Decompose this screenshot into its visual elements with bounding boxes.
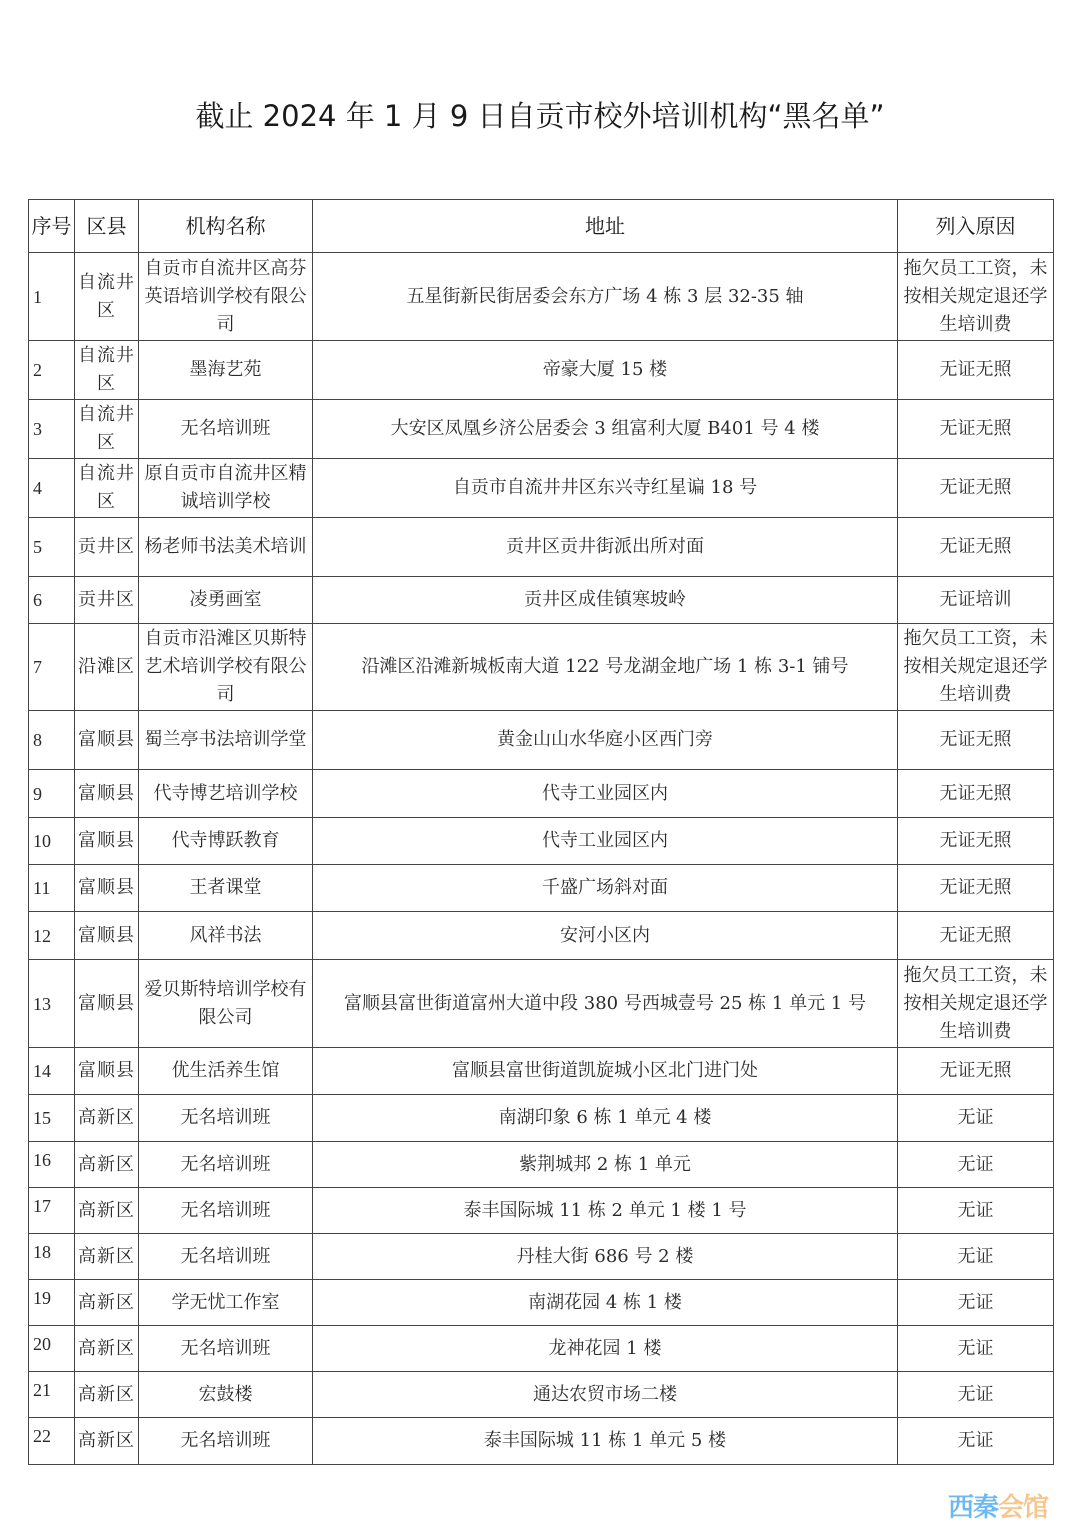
table-row: 12 富顺县 风祥书法 安河小区内 无证无照	[29, 912, 1054, 960]
table-row: 2 自流井区 墨海艺苑 帝豪大厦 15 楼 无证无照	[29, 341, 1054, 400]
cell-reason: 无证无照	[898, 818, 1054, 865]
cell-index: 2	[29, 341, 75, 400]
cell-name: 爱贝斯特培训学校有限公司	[139, 960, 313, 1048]
cell-index: 11	[29, 865, 75, 912]
header-index: 序号	[29, 200, 75, 253]
cell-name: 王者课堂	[139, 865, 313, 912]
cell-name: 无名培训班	[139, 1418, 313, 1465]
cell-district: 高新区	[75, 1372, 139, 1418]
cell-district: 贡井区	[75, 577, 139, 624]
table-row: 20 高新区 无名培训班 龙神花园 1 楼 无证	[29, 1326, 1054, 1372]
cell-district: 贡井区	[75, 518, 139, 577]
cell-district: 富顺县	[75, 912, 139, 960]
cell-reason: 无证无照	[898, 459, 1054, 518]
cell-name: 代寺博跃教育	[139, 818, 313, 865]
cell-name: 蜀兰亭书法培训学堂	[139, 711, 313, 770]
cell-address: 泰丰国际城 11 栋 2 单元 1 楼 1 号	[313, 1188, 898, 1234]
cell-index: 16	[29, 1142, 75, 1188]
cell-reason: 拖欠员工工资，未按相关规定退还学生培训费	[898, 253, 1054, 341]
cell-reason: 无证	[898, 1188, 1054, 1234]
cell-reason: 无证无照	[898, 912, 1054, 960]
cell-reason: 无证	[898, 1326, 1054, 1372]
cell-address: 南湖花园 4 栋 1 楼	[313, 1280, 898, 1326]
cell-district: 自流井区	[75, 341, 139, 400]
cell-index: 5	[29, 518, 75, 577]
table-row: 7 沿滩区 自贡市沿滩区贝斯特艺术培训学校有限公司 沿滩区沿滩新城板南大道 12…	[29, 624, 1054, 711]
table-row: 6 贡井区 凌勇画室 贡井区成佳镇寒坡岭 无证培训	[29, 577, 1054, 624]
header-district: 区县	[75, 200, 139, 253]
cell-address: 黄金山山水华庭小区西门旁	[313, 711, 898, 770]
document-title: 截止 2024 年 1 月 9 日自贡市校外培训机构“黑名单”	[0, 92, 1080, 140]
cell-index: 18	[29, 1234, 75, 1280]
cell-index: 4	[29, 459, 75, 518]
cell-district: 富顺县	[75, 960, 139, 1048]
cell-index: 14	[29, 1048, 75, 1095]
cell-address: 丹桂大街 686 号 2 楼	[313, 1234, 898, 1280]
cell-address: 帝豪大厦 15 楼	[313, 341, 898, 400]
cell-district: 高新区	[75, 1095, 139, 1142]
table-row: 1 自流井区 自贡市自流井区高芬英语培训学校有限公司 五星街新民街居委会东方广场…	[29, 253, 1054, 341]
table-row: 19 高新区 学无忧工作室 南湖花园 4 栋 1 楼 无证	[29, 1280, 1054, 1326]
cell-name: 原自贡市自流井区精诚培训学校	[139, 459, 313, 518]
cell-district: 高新区	[75, 1326, 139, 1372]
cell-index: 19	[29, 1280, 75, 1326]
cell-address: 贡井区贡井街派出所对面	[313, 518, 898, 577]
cell-index: 15	[29, 1095, 75, 1142]
cell-address: 安河小区内	[313, 912, 898, 960]
cell-name: 无名培训班	[139, 400, 313, 459]
cell-address: 富顺县富世街道富州大道中段 380 号西城壹号 25 栋 1 单元 1 号	[313, 960, 898, 1048]
cell-name: 无名培训班	[139, 1234, 313, 1280]
cell-district: 高新区	[75, 1188, 139, 1234]
watermark-part-1: 西秦	[948, 1493, 998, 1523]
cell-district: 高新区	[75, 1418, 139, 1465]
header-reason: 列入原因	[898, 200, 1054, 253]
cell-district: 自流井区	[75, 400, 139, 459]
cell-district: 富顺县	[75, 1048, 139, 1095]
table-row: 3 自流井区 无名培训班 大安区凤凰乡济公居委会 3 组富利大厦 B401 号 …	[29, 400, 1054, 459]
table-row: 10 富顺县 代寺博跃教育 代寺工业园区内 无证无照	[29, 818, 1054, 865]
cell-name: 杨老师书法美术培训	[139, 518, 313, 577]
cell-district: 富顺县	[75, 865, 139, 912]
cell-address: 龙神花园 1 楼	[313, 1326, 898, 1372]
cell-reason: 无证	[898, 1095, 1054, 1142]
cell-district: 高新区	[75, 1234, 139, 1280]
cell-address: 泰丰国际城 11 栋 1 单元 5 楼	[313, 1418, 898, 1465]
table-row: 15 高新区 无名培训班 南湖印象 6 栋 1 单元 4 楼 无证	[29, 1095, 1054, 1142]
cell-district: 富顺县	[75, 711, 139, 770]
cell-name: 无名培训班	[139, 1326, 313, 1372]
table-header-row: 序号 区县 机构名称 地址 列入原因	[29, 200, 1054, 253]
cell-district: 富顺县	[75, 770, 139, 818]
cell-address: 五星街新民街居委会东方广场 4 栋 3 层 32-35 轴	[313, 253, 898, 341]
cell-reason: 无证	[898, 1372, 1054, 1418]
cell-reason: 拖欠员工工资，未按相关规定退还学生培训费	[898, 960, 1054, 1048]
table-row: 5 贡井区 杨老师书法美术培训 贡井区贡井街派出所对面 无证无照	[29, 518, 1054, 577]
cell-name: 墨海艺苑	[139, 341, 313, 400]
cell-name: 风祥书法	[139, 912, 313, 960]
cell-address: 代寺工业园区内	[313, 818, 898, 865]
cell-name: 自贡市沿滩区贝斯特艺术培训学校有限公司	[139, 624, 313, 711]
cell-address: 沿滩区沿滩新城板南大道 122 号龙湖金地广场 1 栋 3-1 铺号	[313, 624, 898, 711]
cell-reason: 无证无照	[898, 865, 1054, 912]
cell-address: 千盛广场斜对面	[313, 865, 898, 912]
cell-reason: 无证无照	[898, 770, 1054, 818]
cell-index: 1	[29, 253, 75, 341]
cell-address: 通达农贸市场二楼	[313, 1372, 898, 1418]
cell-district: 自流井区	[75, 459, 139, 518]
header-name: 机构名称	[139, 200, 313, 253]
cell-reason: 无证无照	[898, 711, 1054, 770]
cell-index: 21	[29, 1372, 75, 1418]
cell-name: 自贡市自流井区高芬英语培训学校有限公司	[139, 253, 313, 341]
table-row: 21 高新区 宏鼓楼 通达农贸市场二楼 无证	[29, 1372, 1054, 1418]
cell-name: 宏鼓楼	[139, 1372, 313, 1418]
cell-name: 代寺博艺培训学校	[139, 770, 313, 818]
table-row: 18 高新区 无名培训班 丹桂大街 686 号 2 楼 无证	[29, 1234, 1054, 1280]
cell-district: 富顺县	[75, 818, 139, 865]
watermark-logo: 西秦会馆	[948, 1487, 1048, 1524]
cell-name: 无名培训班	[139, 1142, 313, 1188]
cell-index: 20	[29, 1326, 75, 1372]
cell-name: 学无忧工作室	[139, 1280, 313, 1326]
cell-address: 贡井区成佳镇寒坡岭	[313, 577, 898, 624]
cell-index: 10	[29, 818, 75, 865]
cell-reason: 拖欠员工工资，未按相关规定退还学生培训费	[898, 624, 1054, 711]
table-row: 22 高新区 无名培训班 泰丰国际城 11 栋 1 单元 5 楼 无证	[29, 1418, 1054, 1465]
cell-district: 沿滩区	[75, 624, 139, 711]
cell-index: 17	[29, 1188, 75, 1234]
cell-index: 3	[29, 400, 75, 459]
cell-district: 高新区	[75, 1142, 139, 1188]
header-address: 地址	[313, 200, 898, 253]
cell-index: 13	[29, 960, 75, 1048]
cell-reason: 无证无照	[898, 341, 1054, 400]
cell-address: 代寺工业园区内	[313, 770, 898, 818]
cell-reason: 无证无照	[898, 518, 1054, 577]
table-row: 16 高新区 无名培训班 紫荆城邦 2 栋 1 单元 无证	[29, 1142, 1054, 1188]
cell-reason: 无证无照	[898, 400, 1054, 459]
table-row: 11 富顺县 王者课堂 千盛广场斜对面 无证无照	[29, 865, 1054, 912]
cell-address: 自贡市自流井井区东兴寺红星谝 18 号	[313, 459, 898, 518]
table-row: 13 富顺县 爱贝斯特培训学校有限公司 富顺县富世街道富州大道中段 380 号西…	[29, 960, 1054, 1048]
cell-reason: 无证	[898, 1280, 1054, 1326]
cell-address: 紫荆城邦 2 栋 1 单元	[313, 1142, 898, 1188]
table-row: 8 富顺县 蜀兰亭书法培训学堂 黄金山山水华庭小区西门旁 无证无照	[29, 711, 1054, 770]
cell-name: 优生活养生馆	[139, 1048, 313, 1095]
cell-reason: 无证培训	[898, 577, 1054, 624]
cell-address: 大安区凤凰乡济公居委会 3 组富利大厦 B401 号 4 楼	[313, 400, 898, 459]
cell-index: 9	[29, 770, 75, 818]
cell-reason: 无证	[898, 1418, 1054, 1465]
cell-name: 无名培训班	[139, 1095, 313, 1142]
cell-index: 22	[29, 1418, 75, 1465]
cell-address: 富顺县富世街道凯旋城小区北门进门处	[313, 1048, 898, 1095]
cell-reason: 无证	[898, 1142, 1054, 1188]
cell-index: 12	[29, 912, 75, 960]
table-row: 17 高新区 无名培训班 泰丰国际城 11 栋 2 单元 1 楼 1 号 无证	[29, 1188, 1054, 1234]
cell-index: 6	[29, 577, 75, 624]
blacklist-table: 序号 区县 机构名称 地址 列入原因 1 自流井区 自贡市自流井区高芬英语培训学…	[28, 199, 1054, 1465]
watermark-part-2: 会馆	[998, 1493, 1048, 1523]
cell-index: 8	[29, 711, 75, 770]
cell-name: 无名培训班	[139, 1188, 313, 1234]
cell-reason: 无证无照	[898, 1048, 1054, 1095]
cell-reason: 无证	[898, 1234, 1054, 1280]
cell-district: 高新区	[75, 1280, 139, 1326]
table-row: 14 富顺县 优生活养生馆 富顺县富世街道凯旋城小区北门进门处 无证无照	[29, 1048, 1054, 1095]
table-row: 9 富顺县 代寺博艺培训学校 代寺工业园区内 无证无照	[29, 770, 1054, 818]
cell-address: 南湖印象 6 栋 1 单元 4 楼	[313, 1095, 898, 1142]
cell-district: 自流井区	[75, 253, 139, 341]
table-row: 4 自流井区 原自贡市自流井区精诚培训学校 自贡市自流井井区东兴寺红星谝 18 …	[29, 459, 1054, 518]
cell-name: 凌勇画室	[139, 577, 313, 624]
cell-index: 7	[29, 624, 75, 711]
